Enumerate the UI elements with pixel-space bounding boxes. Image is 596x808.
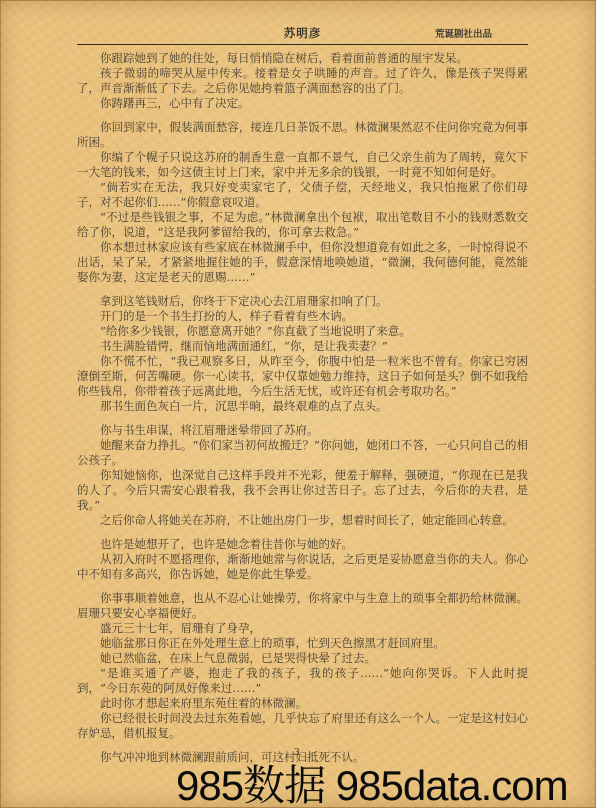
paragraph: 盛元三十七年，眉珊有了身孕，	[77, 621, 528, 636]
text-section: 你与书生串谋，将江眉珊迷晕带回了苏府。她醒来奋力挣扎。“你们家当初何故搬迁？”你…	[77, 423, 528, 528]
paragraph: 你回到家中，假装满面愁容，接连几日茶饭不思。林微澜果然忍不住问你究竟为何事所困。	[77, 120, 528, 150]
text-section: 你跟踪她到了她的住处，每日悄悄隐在树后，看着面前普通的屋宇发呆。孩子微弱的啼哭从…	[77, 51, 528, 111]
page-header: 苏明彦 荒诞剧社出品	[77, 24, 528, 45]
paragraph: 开门的是一个书生打扮的人，样子看着有些木讷。	[77, 309, 528, 324]
paragraph: 孩子微弱的啼哭从屋中传来。接着是女子哄睡的声音。过了许久，像是孩子哭得累了，声音…	[77, 66, 528, 96]
paragraph: “倘若实在无法，我只好变卖家宅了，父债子偿，天经地义，我只怕拖累了你们母子，对不…	[77, 180, 528, 210]
paragraph: 你不慌不忙，“我已观察多日，从昨至今，你腹中怕是一粒米也不曾有。你家已穷困潦倒至…	[77, 354, 528, 399]
paragraph: 你本想过林家应该有些家底在林微澜手中，但你没想道竟有如此之多，一时惊得说不出话，…	[77, 240, 528, 285]
paragraph: 此时你才想起来府里东苑住着的林微澜。	[77, 696, 528, 711]
paragraph: 拿到这笔钱财后，你终于下定决心去江眉珊家扣响了门。	[77, 294, 528, 309]
paragraph: 你踌躇再三，心中有了决定。	[77, 96, 528, 111]
paragraph: “给你多少钱银，你愿意离开她？”你直截了当地说明了来意。	[77, 324, 528, 339]
paragraph: 你知她恼你，也深觉自己这样手段并不光彩，便羞于解释，强硬道，“你现在已是我的人了…	[77, 468, 528, 513]
paragraph: 也许是她想开了，也许是她念着往昔你与她的好。	[77, 537, 528, 552]
body-text: 你跟踪她到了她的住处，每日悄悄隐在树后，看着面前普通的屋宇发呆。孩子微弱的啼哭从…	[77, 51, 528, 765]
paragraph: 你与书生串谋，将江眉珊迷晕带回了苏府。	[77, 423, 528, 438]
paragraph: 她临盆那日你正在外处理生意上的琐事，忙到天色擦黑才赶回府里。	[77, 636, 528, 651]
paragraph: 你已经很长时间没去过东苑看她，几乎快忘了府里还有这么一个人。一定是这村妇心存妒忌…	[77, 711, 528, 741]
paragraph: 书生满脸错愕，继而恼地满面通红，“你，是让我卖妻？”	[77, 339, 528, 354]
text-section: 你回到家中，假装满面愁容，接连几日茶饭不思。林微澜果然忍不住问你究竟为何事所困。…	[77, 120, 528, 285]
paragraph: “不过是些钱银之事，不足为虑。”林微澜拿出个包袱，取出笔数目不小的钱财悉数交给了…	[77, 210, 528, 240]
paragraph: 之后你命人将她关在苏府，不让她出房门一步，想着时间长了，她定能回心转意。	[77, 513, 528, 528]
paragraph: 你跟踪她到了她的住处，每日悄悄隐在树后，看着面前普通的屋宇发呆。	[77, 51, 528, 66]
document-page: 苏明彦 荒诞剧社出品 你跟踪她到了她的住处，每日悄悄隐在树后，看着面前普通的屋宇…	[0, 0, 596, 808]
text-section: 拿到这笔钱财后，你终于下定决心去江眉珊家扣响了门。开门的是一个书生打扮的人，样子…	[77, 294, 528, 414]
paragraph: 从初入府时不愿搭理你，渐渐地她常与你说话，之后更是妥协愿意当你的夫人。你心中不知…	[77, 552, 528, 582]
header-publisher: 荒诞剧社出品	[435, 26, 492, 40]
paragraph: 她已然临盆，在床上气息微弱，已是哭得快晕了过去。	[77, 651, 528, 666]
text-section: 也许是她想开了，也许是她念着往昔你与她的好。从初入府时不愿搭理你，渐渐地她常与你…	[77, 537, 528, 582]
paragraph: 你事事顺着她意，也从不忍心让她操劳，你将家中与生意上的琐事全都扔给林微澜。眉珊只…	[77, 591, 528, 621]
paragraph: “是谁买通了产婆，抱走了我的孩子，我的孩子……”她向你哭诉。下人此时提到，“今日…	[77, 666, 528, 696]
paragraph: 你编了个幌子只说这苏府的制香生意一直都不景气，自己父亲生前为了周转，竟欠下一大笔…	[77, 150, 528, 180]
paragraph: 她醒来奋力挣扎。“你们家当初何故搬迁？”你问她，她闭口不答，一心只问自己的相公孩…	[77, 438, 528, 468]
watermark: 985数据 985data.com	[176, 753, 568, 808]
paragraph: 那书生面色灰白一片，沉思半晌，最终艰难的点了点头。	[77, 399, 528, 414]
text-section: 你事事顺着她意，也从不忍心让她操劳，你将家中与生意上的琐事全都扔给林微澜。眉珊只…	[77, 591, 528, 741]
